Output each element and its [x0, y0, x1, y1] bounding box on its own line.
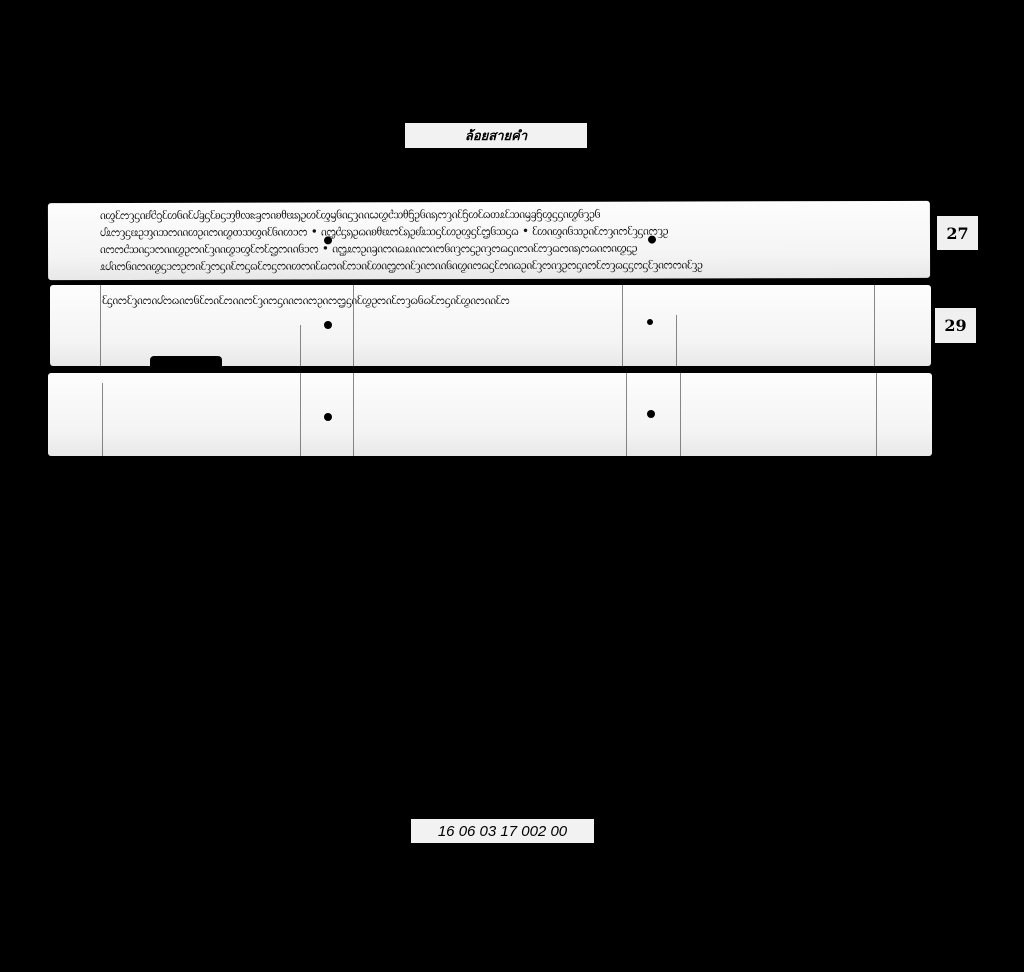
reference-number-label: 16 06 03 17 002 00	[411, 819, 594, 843]
margin-rule	[622, 285, 623, 366]
script-line: ᦵᦐᦷᦂᦡᦓᦵᦊᦺᦋᦷᦠᦑᦵᦷᦔᦃᦓᦷᦈᦓᦀᦲᦟᦰᦃᦂᦵᦈᦲᦕᦣᦳᦠᦷᦐᦙᦑᦵᦓ…	[100, 206, 930, 223]
margin-rule	[100, 285, 101, 366]
page-tag-29: 29	[935, 308, 976, 343]
margin-rule	[676, 315, 677, 366]
script-line: ᦔᦸᦂᦡᦓᦕᦳᦀᦵᦘᦂᦵᦵᦠᦳᦵᦂᦵᦖᦎᦉᦐᦵᦷᦑᦵᦠᦱᦂ • ᦵᦗᦺᦓᦣᦳᦒᦵ…	[100, 223, 930, 240]
binding-hole-icon	[324, 236, 332, 244]
binding-hole-icon	[647, 410, 655, 418]
margin-rule	[353, 373, 354, 456]
binding-hole-icon	[647, 319, 653, 325]
binding-hole-icon	[324, 321, 332, 329]
palm-leaf-page-29: ᦷᦓᦵᦂᦷᦡᦵᦂᦵᦔᦂᦒᦵᦂᦑᦷᦂᦵᦷᦂᦵᦵᦂᦷᦡᦵᦂᦓᦵᦵᦂᦵᦂᦳᦵᦂᦗᦓᦵᦷ…	[50, 285, 931, 366]
margin-rule	[300, 373, 301, 456]
script-line: ᦸᦔᦵᦂᦑᦵᦂᦵᦖᦓᦱᦂᦳᦂᦵᦷᦡᦂᦓᦵᦷᦂᦓᦒᦷᦂᦓᦂᦵᦠᦂᦵᦷᦒᦂᦵᦷᦂᦱᦵ…	[100, 257, 930, 274]
palm-leaf-blank	[48, 373, 932, 456]
leaf-damage	[150, 356, 222, 366]
margin-rule	[300, 325, 301, 366]
margin-rule	[876, 373, 877, 456]
margin-rule	[626, 373, 627, 456]
binding-hole-icon	[648, 236, 656, 244]
margin-rule	[874, 285, 875, 366]
margin-rule	[353, 285, 354, 366]
script-line: ᦵᦂᦂᦺᦉᦵᦓᦱᦂᦵᦵᦖᦳᦂᦵᦷᦡᦵᦵᦖᦱᦐᦷᦂᦷᦗᦂᦶᦑᦱᦂ • ᦵᦗᦸᦂᦳᦵ…	[100, 240, 930, 257]
script-line: ᦷᦓᦵᦂᦷᦡᦵᦂᦵᦔᦂᦒᦵᦂᦑᦷᦂᦵᦷᦂᦵᦵᦂᦷᦡᦵᦂᦓᦵᦵᦂᦵᦂᦳᦵᦂᦗᦓᦵᦷ…	[102, 293, 662, 308]
page-tag-27: 27	[937, 216, 978, 250]
margin-rule	[680, 373, 681, 456]
document-title-label: ล้อยสายคำ	[405, 123, 587, 148]
palm-leaf-page-27: ᦵᦐᦷᦂᦡᦓᦵᦊᦺᦋᦷᦠᦑᦵᦷᦔᦃᦓᦷᦈᦓᦀᦲᦟᦰᦃᦂᦵᦈᦲᦕᦣᦳᦠᦷᦐᦙᦑᦵᦓ…	[48, 201, 930, 280]
margin-rule	[102, 383, 103, 456]
binding-hole-icon	[324, 413, 332, 421]
